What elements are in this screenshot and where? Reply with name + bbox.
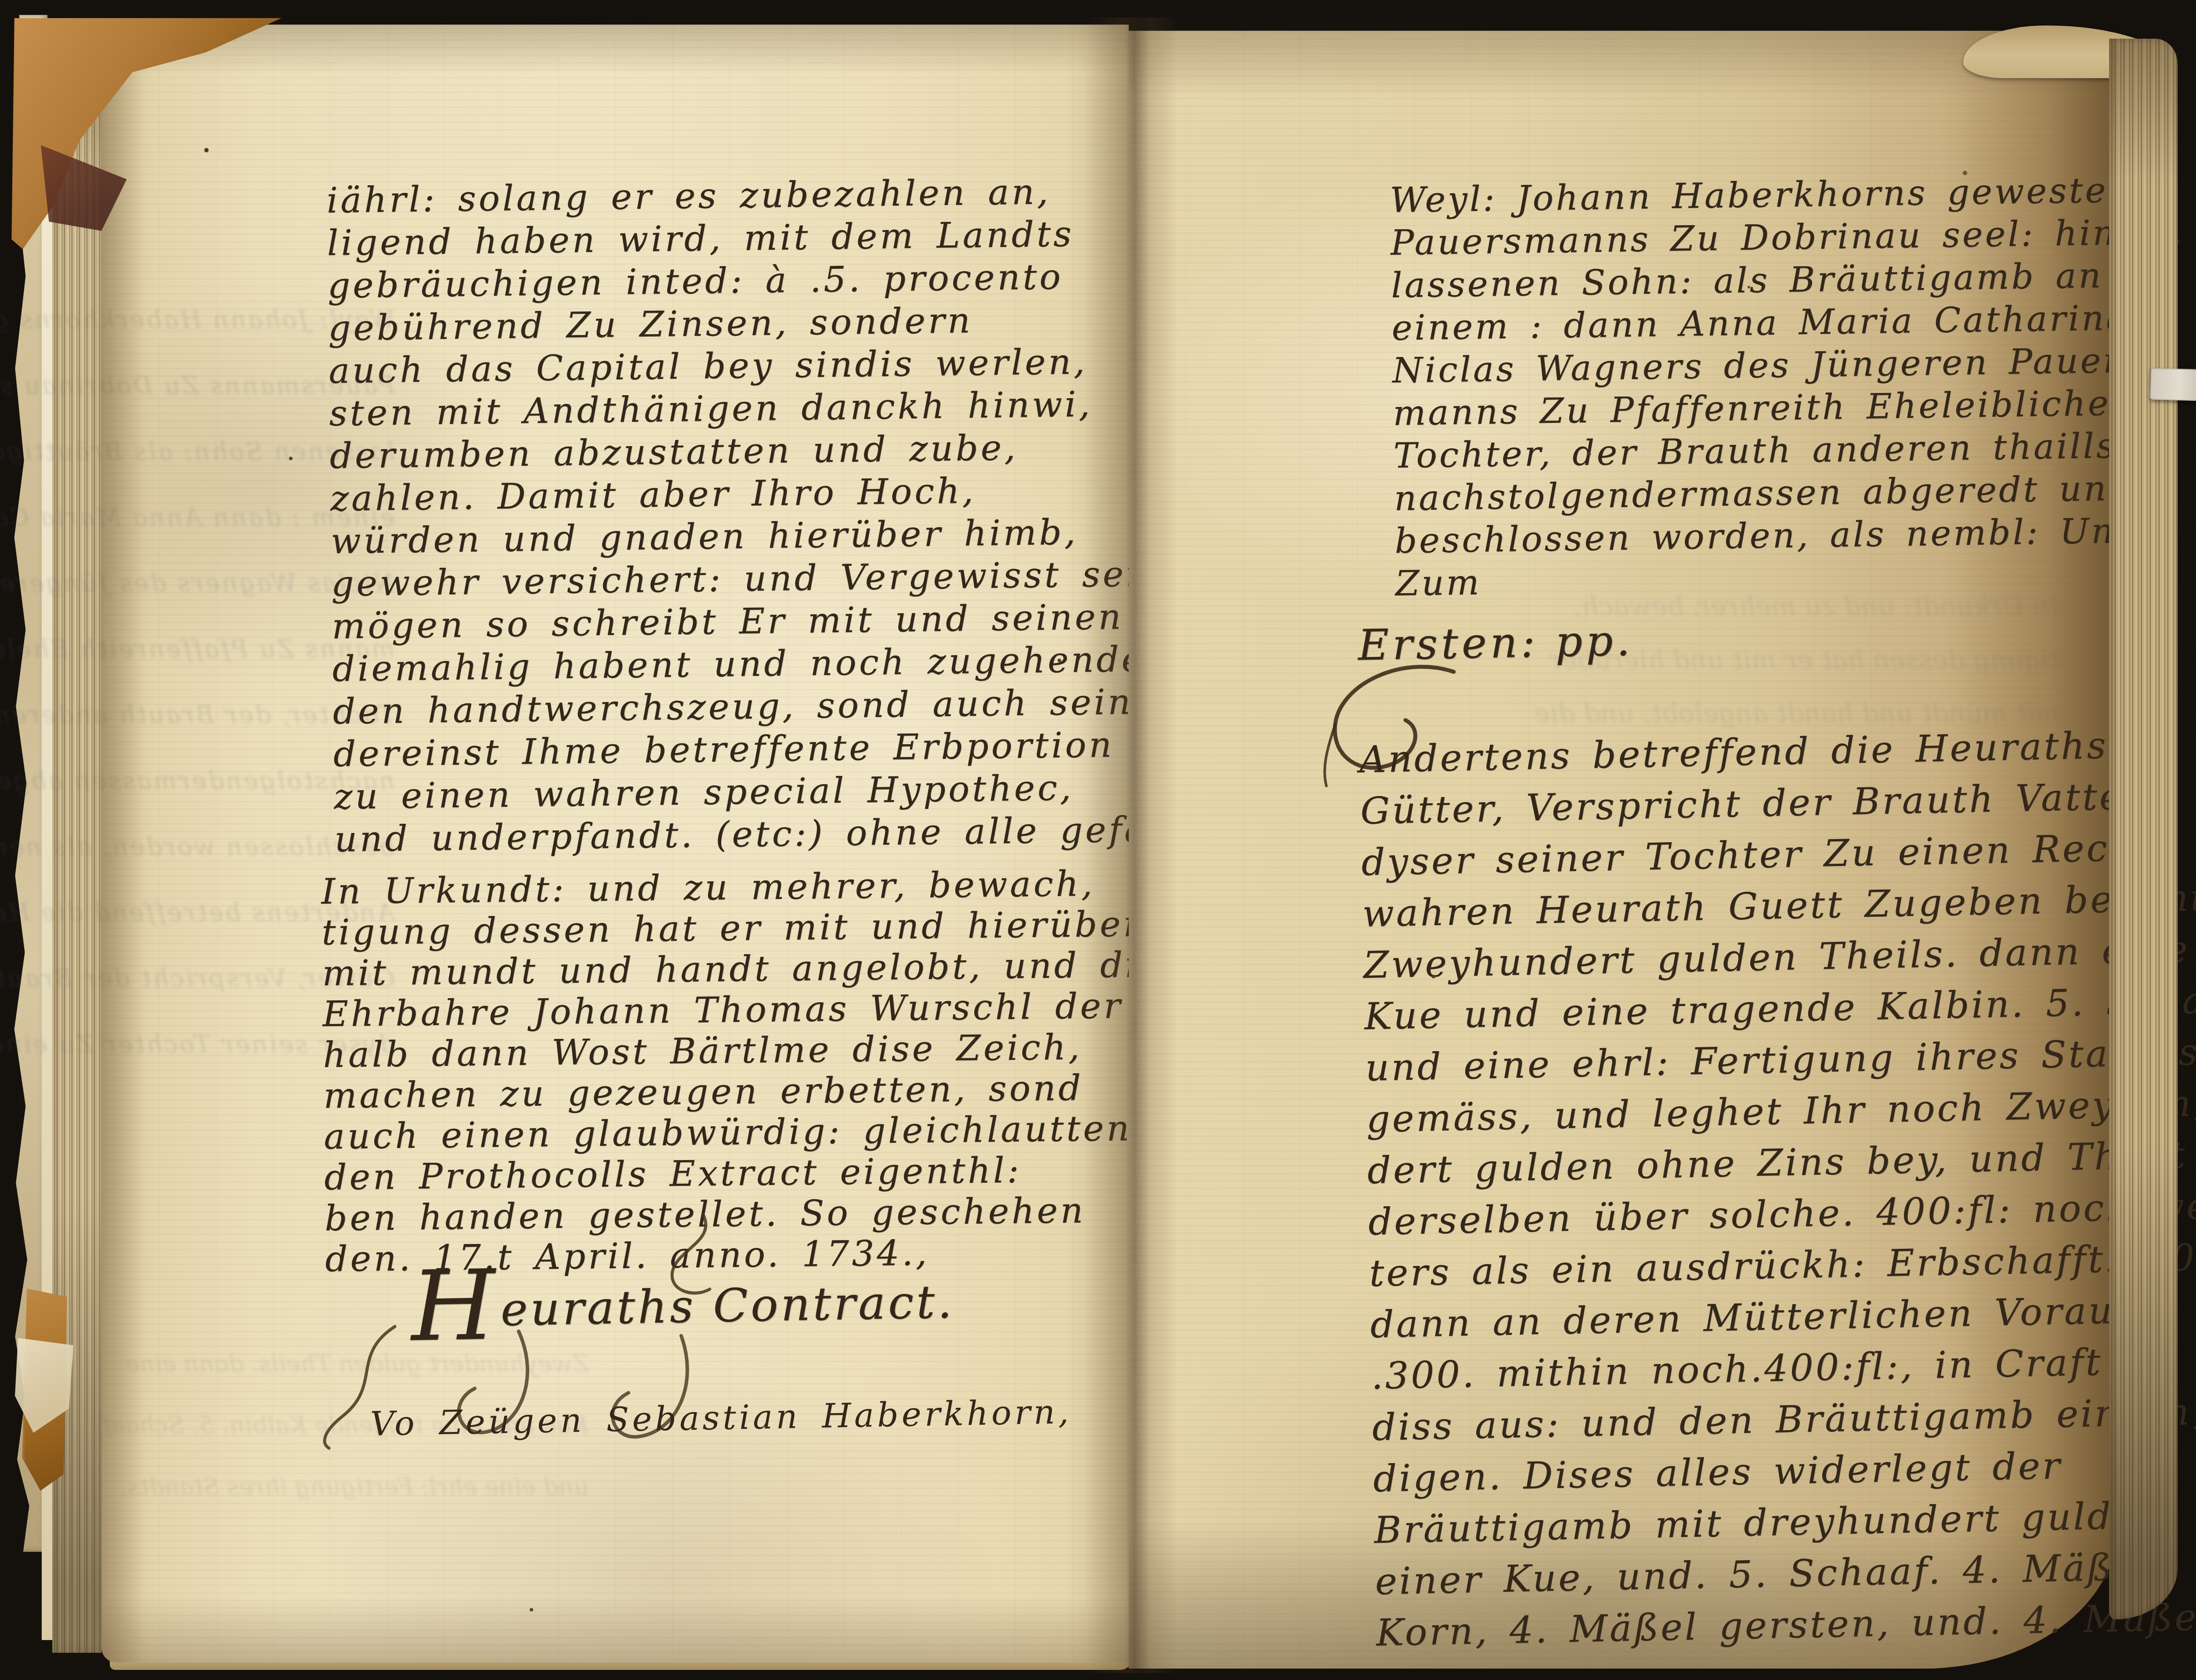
scan-background: Weyl: Johann Haberkhorns gewesten Pauers… — [0, 0, 2196, 1680]
right-paragraph-1: Weyl: Johann Haberkhorns gewesten Pauers… — [1390, 168, 2189, 605]
section-heading-ersten: Ersten: pp. — [1358, 616, 1634, 670]
heading-swash-initial: H — [410, 1249, 499, 1363]
right-page-edge-stack — [2109, 39, 2178, 1619]
witness-signature-line: Vo Zeügen Sebastian Haberkhorn, — [370, 1392, 1072, 1443]
left-heading-heuraths-contract: Heuraths Contract. — [411, 1275, 955, 1338]
bleedthrough-line: Zweyhundert gulden Theils. dann eine — [194, 1333, 589, 1395]
ink-specks — [0, 0, 2, 2]
left-paragraph-1: iährl: solang er es zubezahlen an, ligen… — [326, 168, 1247, 861]
bleedthrough-line: und eine ehrl: Fertigung ihres Standts, — [194, 1456, 589, 1518]
heading-text: euraths Contract. — [500, 1275, 955, 1336]
right-paragraph-2: Andertens betreffend die Heuraths, Gütte… — [1359, 717, 2196, 1659]
left-page: Weyl: Johann Haberkhorns gewesten Pauers… — [101, 25, 1129, 1662]
bookmark-tab — [2150, 368, 2196, 401]
left-paragraph-2: In Urkundt: und zu mehrer, bewach, tigun… — [321, 862, 1172, 1280]
right-page: In Urkundt: und zu mehrer, bewach, tigun… — [1129, 31, 2117, 1669]
